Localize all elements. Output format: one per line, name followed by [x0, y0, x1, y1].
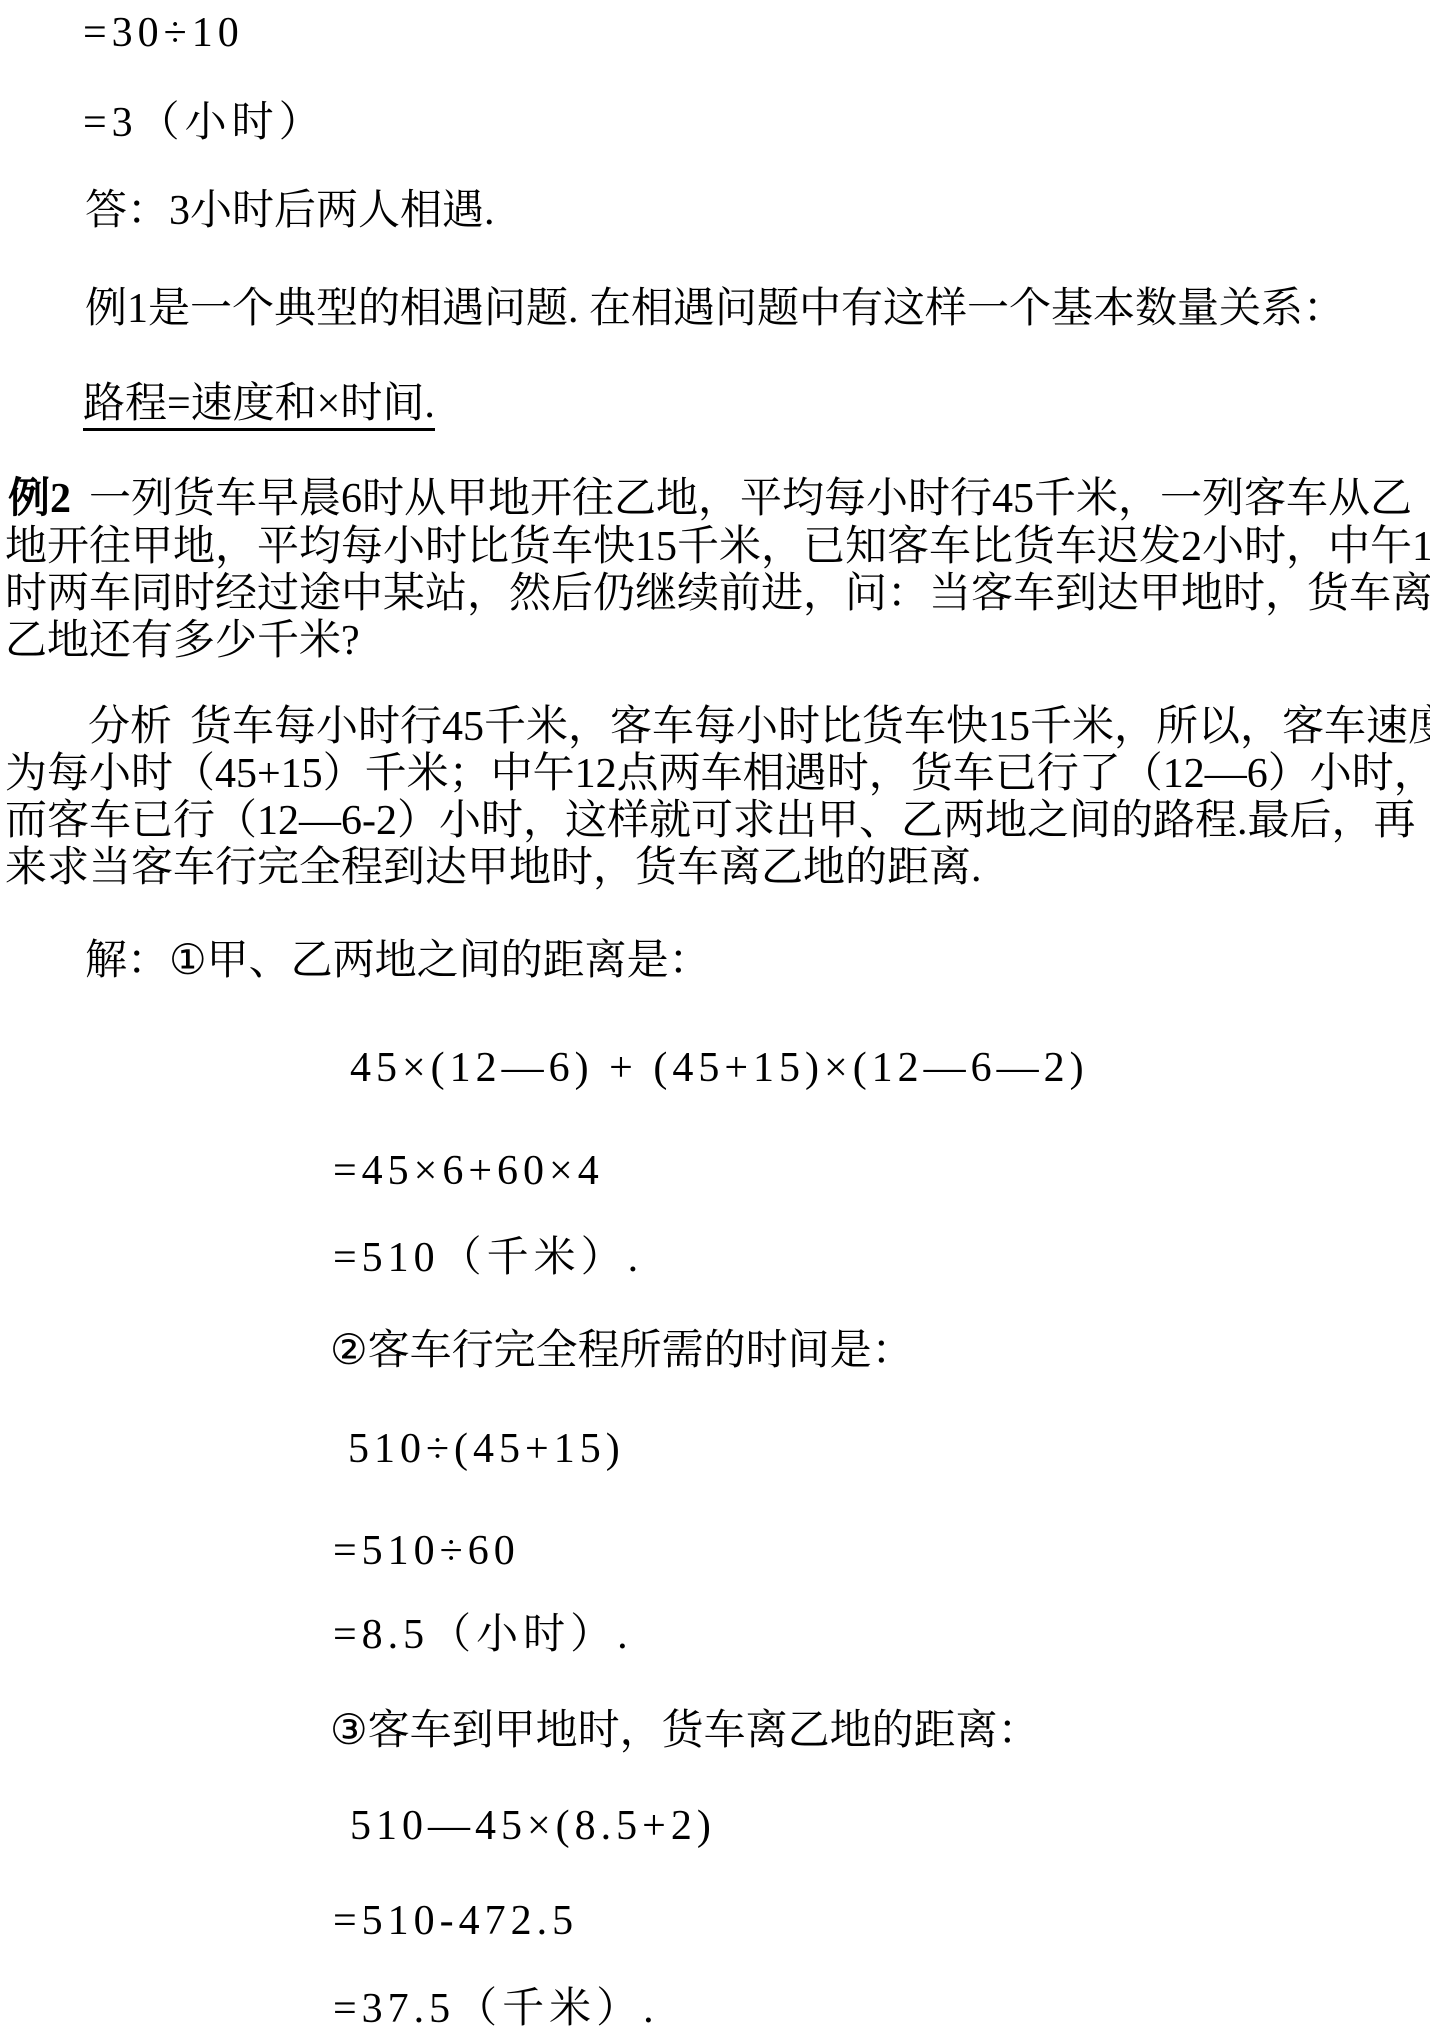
example1-result-line: =3（小时） [83, 100, 326, 146]
step3-expression-line: 510—45×(8.5+2) [350, 1803, 716, 1849]
analysis-line-3: 而客车已行（12—6-2）小时，这样就可求出甲、乙两地之间的路程.最后，再 [5, 798, 1416, 844]
analysis-line-2: 为每小时（45+15）千米；中午12点两车相遇时，货车已行了（12—6）小时， [5, 751, 1430, 797]
step1-expression-line: 45×(12—6) + (45+15)×(12—6—2) [350, 1045, 1089, 1091]
step3-result-line: =37.5（千米）. [333, 1986, 659, 2032]
step3-intermediate-line: =510-472.5 [333, 1898, 578, 1944]
example2-label: 例2 [8, 476, 71, 522]
step2-result-line: =8.5（小时）. [333, 1612, 633, 1658]
example1-note-line: 例1是一个典型的相遇问题. 在相遇问题中有这样一个基本数量关系： [85, 286, 1345, 332]
formula-line: 路程=速度和×时间. [83, 381, 435, 431]
document-page: =30÷10 =3（小时） 答：3小时后两人相遇. 例1是一个典型的相遇问题. … [0, 0, 1430, 2044]
solution-step3-heading: ③客车到甲地时，货车离乙地的距离： [330, 1708, 1040, 1754]
example2-line-4: 乙地还有多少千米? [5, 618, 360, 664]
analysis-label: 分析 [88, 704, 172, 750]
solution-step2-heading: ②客车行完全程所需的时间是： [330, 1328, 914, 1374]
analysis-line-4: 来求当客车行完全程到达甲地时，货车离乙地的距离. [5, 845, 982, 891]
example1-answer-line: 答：3小时后两人相遇. [85, 188, 495, 234]
formula-underlined-text: 路程=速度和×时间. [83, 381, 435, 431]
step2-intermediate-line: =510÷60 [333, 1528, 520, 1574]
step1-result-line: =510（千米）. [333, 1235, 643, 1281]
example2-line-1-text: 一列货车早晨6时从甲地开往乙地，平均每小时行45千米，一列客车从乙 [89, 476, 1412, 522]
example1-step-line: =30÷10 [83, 10, 244, 56]
analysis-line-1: 分析货车每小时行45千米，客车每小时比货车快15千米，所以，客车速度 [88, 704, 1430, 750]
step1-intermediate-line: =45×6+60×4 [333, 1148, 604, 1194]
step2-expression-line: 510÷(45+15) [348, 1426, 625, 1472]
analysis-line-1-text: 货车每小时行45千米，客车每小时比货车快15千米，所以，客车速度 [190, 704, 1430, 750]
example2-line-1: 例2一列货车早晨6时从甲地开往乙地，平均每小时行45千米，一列客车从乙 [8, 476, 1412, 522]
example2-line-3: 时两车同时经过途中某站，然后仍继续前进，问：当客车到达甲地时，货车离 [5, 571, 1430, 617]
example2-line-2: 地开往甲地，平均每小时比货车快15千米，已知客车比货车迟发2小时，中午12 [5, 524, 1430, 570]
solution-step1-heading: 解：①甲、乙两地之间的距离是： [85, 938, 711, 984]
